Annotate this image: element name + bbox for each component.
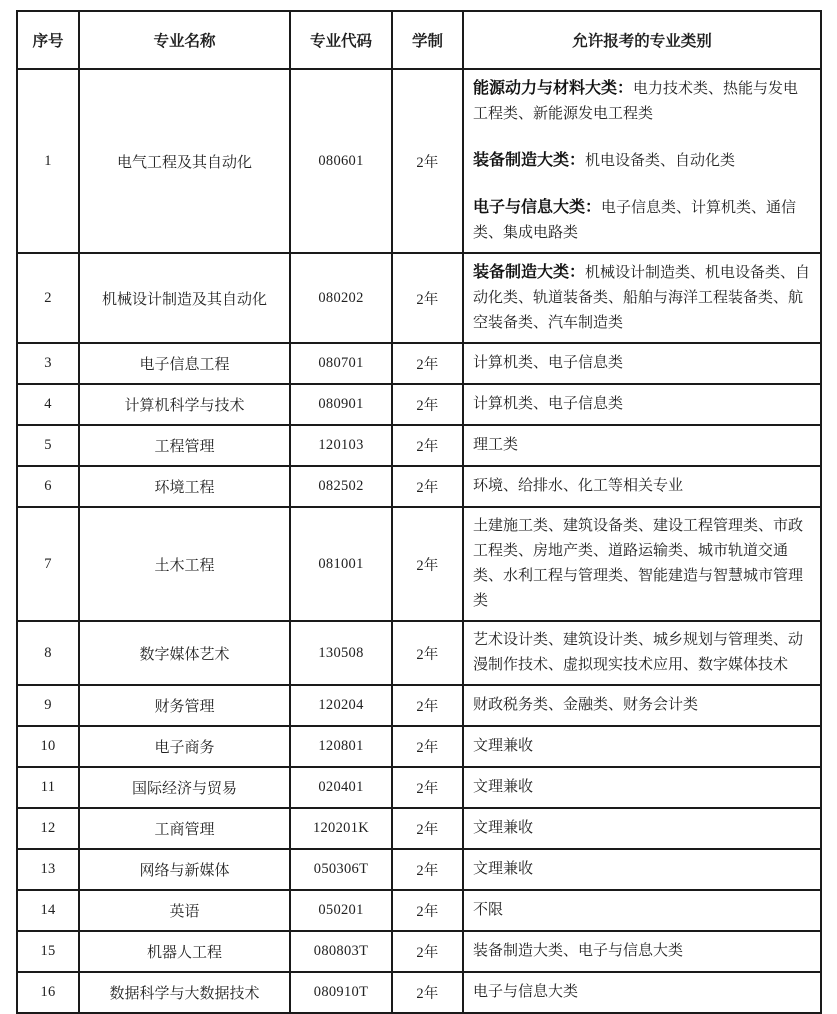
category-group: 文理兼收: [473, 816, 811, 841]
category-group: 计算机类、电子信息类: [473, 351, 811, 376]
major-name: 土木工程: [79, 507, 290, 621]
duration: 2年: [392, 849, 463, 890]
category-group: 文理兼收: [473, 734, 811, 759]
row-number: 2: [17, 253, 79, 343]
allowed-categories: 计算机类、电子信息类: [463, 384, 821, 425]
major-name: 工程管理: [79, 425, 290, 466]
allowed-categories: 文理兼收: [463, 849, 821, 890]
allowed-categories: 理工类: [463, 425, 821, 466]
allowed-categories: 土建施工类、建筑设备类、建设工程管理类、市政工程类、房地产类、道路运输类、城市轨…: [463, 507, 821, 621]
major-name: 机械设计制造及其自动化: [79, 253, 290, 343]
table-row: 10 电子商务 120801 2年 文理兼收: [17, 726, 821, 767]
major-code: 050306T: [290, 849, 392, 890]
duration: 2年: [392, 507, 463, 621]
duration: 2年: [392, 621, 463, 685]
category-group: 装备制造大类：机电设备类、自动化类: [473, 148, 811, 174]
category-group: 土建施工类、建筑设备类、建设工程管理类、市政工程类、房地产类、道路运输类、城市轨…: [473, 514, 811, 614]
table-row: 5 工程管理 120103 2年 理工类: [17, 425, 821, 466]
duration: 2年: [392, 726, 463, 767]
category-label: 能源动力与材料大类：: [473, 80, 633, 97]
allowed-categories: 不限: [463, 890, 821, 931]
major-code: 120201K: [290, 808, 392, 849]
category-group: 装备制造大类、电子与信息大类: [473, 939, 811, 964]
header-row: 序号 专业名称 专业代码 学制 允许报考的专业类别: [17, 11, 821, 69]
duration: 2年: [392, 253, 463, 343]
table-row: 14 英语 050201 2年 不限: [17, 890, 821, 931]
category-group: 文理兼收: [473, 775, 811, 800]
duration: 2年: [392, 69, 463, 253]
allowed-categories: 财政税务类、金融类、财务会计类: [463, 685, 821, 726]
table-row: 13 网络与新媒体 050306T 2年 文理兼收: [17, 849, 821, 890]
column-header-major-name: 专业名称: [79, 11, 290, 69]
category-label: 装备制造大类：: [473, 264, 585, 281]
column-header-major-code: 专业代码: [290, 11, 392, 69]
table-row: 11 国际经济与贸易 020401 2年 文理兼收: [17, 767, 821, 808]
row-number: 10: [17, 726, 79, 767]
row-number: 7: [17, 507, 79, 621]
major-code: 020401: [290, 767, 392, 808]
category-group: 计算机类、电子信息类: [473, 392, 811, 417]
duration: 2年: [392, 685, 463, 726]
category-label: 装备制造大类：: [473, 152, 585, 169]
major-code: 120103: [290, 425, 392, 466]
allowed-categories: 计算机类、电子信息类: [463, 343, 821, 384]
major-name: 网络与新媒体: [79, 849, 290, 890]
row-number: 4: [17, 384, 79, 425]
major-name: 英语: [79, 890, 290, 931]
category-group: 装备制造大类：机械设计制造类、机电设备类、自动化类、轨道装备类、船舶与海洋工程装…: [473, 260, 811, 336]
major-name: 计算机科学与技术: [79, 384, 290, 425]
table-row: 2 机械设计制造及其自动化 080202 2年 装备制造大类：机械设计制造类、机…: [17, 253, 821, 343]
allowed-categories: 艺术设计类、建筑设计类、城乡规划与管理类、动漫制作技术、虚拟现实技术应用、数字媒…: [463, 621, 821, 685]
major-code: 120204: [290, 685, 392, 726]
category-label: 电子与信息大类：: [473, 199, 601, 216]
row-number: 9: [17, 685, 79, 726]
duration: 2年: [392, 384, 463, 425]
major-code: 080701: [290, 343, 392, 384]
category-group: 理工类: [473, 433, 811, 458]
category-group: 环境、给排水、化工等相关专业: [473, 474, 811, 499]
allowed-categories: 文理兼收: [463, 808, 821, 849]
major-code: 080803T: [290, 931, 392, 968]
category-group: 不限: [473, 898, 811, 923]
major-name: 电气工程及其自动化: [79, 69, 290, 253]
table-row: 1 电气工程及其自动化 080601 2年 能源动力与材料大类：电力技术类、热能…: [17, 69, 821, 253]
column-header-number: 序号: [17, 11, 79, 69]
row-number: 14: [17, 890, 79, 931]
major-code: 080601: [290, 69, 392, 253]
table-row: 9 财务管理 120204 2年 财政税务类、金融类、财务会计类: [17, 685, 821, 726]
row-number: 1: [17, 69, 79, 253]
column-header-duration: 学制: [392, 11, 463, 69]
duration: 2年: [392, 425, 463, 466]
row-number: 3: [17, 343, 79, 384]
table-row: 4 计算机科学与技术 080901 2年 计算机类、电子信息类: [17, 384, 821, 425]
allowed-categories: 能源动力与材料大类：电力技术类、热能与发电工程类、新能源发电工程类装备制造大类：…: [463, 69, 821, 253]
row-number: 12: [17, 808, 79, 849]
duration: 2年: [392, 931, 463, 968]
duration: 2年: [392, 808, 463, 849]
major-name: 环境工程: [79, 466, 290, 507]
major-code: 050201: [290, 890, 392, 931]
category-group: 文理兼收: [473, 857, 811, 882]
allowed-categories: 文理兼收: [463, 726, 821, 767]
category-group: 财政税务类、金融类、财务会计类: [473, 693, 811, 718]
major-name: 国际经济与贸易: [79, 767, 290, 808]
row-number: 6: [17, 466, 79, 507]
row-number: 8: [17, 621, 79, 685]
duration: 2年: [392, 343, 463, 384]
table-row: 3 电子信息工程 080701 2年 计算机类、电子信息类: [17, 343, 821, 384]
major-name: 工商管理: [79, 808, 290, 849]
table-row: 12 工商管理 120201K 2年 文理兼收: [17, 808, 821, 849]
allowed-categories: 文理兼收: [463, 767, 821, 808]
table-row: 7 土木工程 081001 2年 土建施工类、建筑设备类、建设工程管理类、市政工…: [17, 507, 821, 621]
major-code: 080202: [290, 253, 392, 343]
row-number: 15: [17, 931, 79, 968]
major-code: 081001: [290, 507, 392, 621]
allowed-categories: 环境、给排水、化工等相关专业: [463, 466, 821, 507]
major-code: 080901: [290, 384, 392, 425]
major-code: 082502: [290, 466, 392, 507]
column-header-allowed-categories: 允许报考的专业类别: [463, 11, 821, 69]
allowed-categories: 装备制造大类：机械设计制造类、机电设备类、自动化类、轨道装备类、船舶与海洋工程装…: [463, 253, 821, 343]
duration: 2年: [392, 890, 463, 931]
major-name: 财务管理: [79, 685, 290, 726]
allowed-categories: 装备制造大类、电子与信息大类: [463, 931, 821, 968]
table-body: 1 电气工程及其自动化 080601 2年 能源动力与材料大类：电力技术类、热能…: [17, 69, 821, 968]
category-group: 能源动力与材料大类：电力技术类、热能与发电工程类、新能源发电工程类: [473, 76, 811, 127]
category-group: 艺术设计类、建筑设计类、城乡规划与管理类、动漫制作技术、虚拟现实技术应用、数字媒…: [473, 628, 811, 678]
major-name: 电子商务: [79, 726, 290, 767]
major-name: 电子信息工程: [79, 343, 290, 384]
duration: 2年: [392, 767, 463, 808]
major-name: 机器人工程: [79, 931, 290, 968]
majors-table: 序号 专业名称 专业代码 学制 允许报考的专业类别 1 电气工程及其自动化 08…: [16, 10, 822, 968]
row-number: 11: [17, 767, 79, 808]
table-row: 8 数字媒体艺术 130508 2年 艺术设计类、建筑设计类、城乡规划与管理类、…: [17, 621, 821, 685]
category-group: 电子与信息大类：电子信息类、计算机类、通信类、集成电路类: [473, 195, 811, 246]
document-page: 序号 专业名称 专业代码 学制 允许报考的专业类别 1 电气工程及其自动化 08…: [16, 10, 822, 968]
duration: 2年: [392, 466, 463, 507]
major-code: 120801: [290, 726, 392, 767]
row-number: 5: [17, 425, 79, 466]
table-header: 序号 专业名称 专业代码 学制 允许报考的专业类别: [17, 11, 821, 69]
table-row: 6 环境工程 082502 2年 环境、给排水、化工等相关专业: [17, 466, 821, 507]
major-code: 130508: [290, 621, 392, 685]
table-row: 15 机器人工程 080803T 2年 装备制造大类、电子与信息大类: [17, 931, 821, 968]
major-name: 数字媒体艺术: [79, 621, 290, 685]
row-number: 13: [17, 849, 79, 890]
